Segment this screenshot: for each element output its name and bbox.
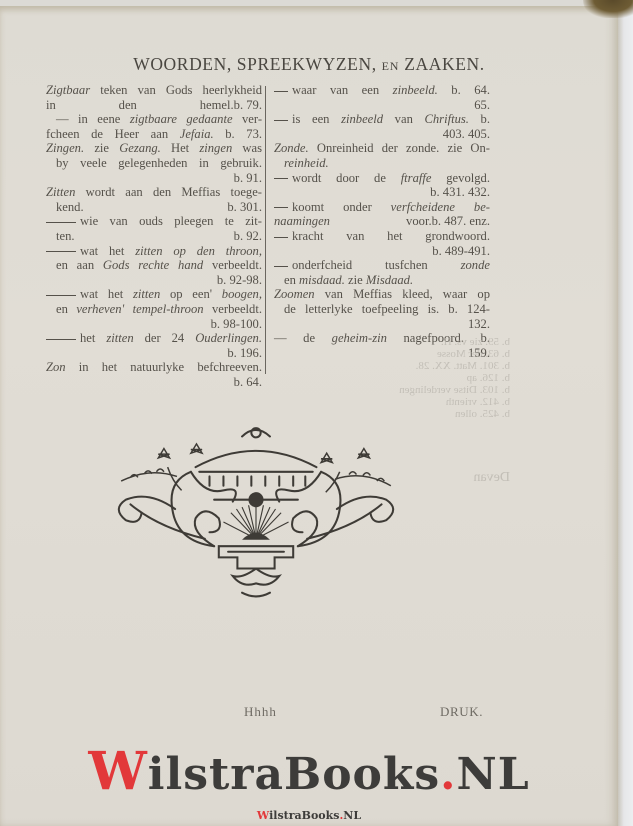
index-line: wie van ouds pleegen te zit- xyxy=(46,214,262,229)
text-segment: ten. xyxy=(56,229,75,243)
text-segment: wordt door de xyxy=(292,171,401,185)
watermark-logo: WilstraBooks.NL xyxy=(0,741,618,802)
index-entry: Zigtbaar teken van Gods heerlykheidin de… xyxy=(46,83,262,112)
index-line: in den hemel.b. 79. xyxy=(46,98,262,113)
index-line: Zigtbaar teken van Gods heerlykheid xyxy=(46,83,262,98)
index-entry: kracht van het grondwoord.b. 489-491. xyxy=(274,229,490,258)
text-segment: zie xyxy=(345,273,366,287)
running-head-part3: ZAAKEN. xyxy=(404,54,485,74)
ditto-dash xyxy=(274,207,288,208)
index-line: Zon in het natuurlyke befchreeven. xyxy=(46,360,262,375)
watermark-rest: ilstraBooks xyxy=(148,749,440,800)
italic-term: Misdaad. xyxy=(366,273,413,287)
watermark-small: WilstraBooks.NL xyxy=(0,809,618,822)
text-segment: is een xyxy=(292,112,341,126)
index-column-right: waar van een zinbeeld. b. 64.65.is een z… xyxy=(274,83,490,360)
text-segment: teken van Gods heerlykheid xyxy=(90,83,262,97)
text-segment: gevolgd. xyxy=(431,171,490,185)
italic-term: naamingen xyxy=(274,214,330,228)
text-segment: b. 92-98. xyxy=(217,273,262,287)
index-entry: wat het zitten op een' boogen,en verheve… xyxy=(46,287,262,331)
bleed-through-line: b. 126. ap xyxy=(330,372,510,384)
text-segment: waar van een xyxy=(292,83,393,97)
text-segment: van xyxy=(383,112,424,126)
index-entry: wie van ouds pleegen te zit-ten.b. 92. xyxy=(46,214,262,243)
text-segment: onderfcheid tusfchen xyxy=(292,258,461,272)
italic-term: Zoomen xyxy=(274,287,315,301)
index-line: waar van een zinbeeld. b. 64. xyxy=(274,83,490,98)
book-page: WOORDEN, SPREEKWYZEN, EN ZAAKEN. Zigtbaa… xyxy=(0,6,618,826)
index-entry: koomt onder verfcheidene be-naamingen vo… xyxy=(274,200,490,229)
text-segment: zie xyxy=(84,141,119,155)
index-line: onderfcheid tusfchen zonde xyxy=(274,258,490,273)
index-line: het zitten der 24 Ouderlingen. xyxy=(46,331,262,346)
italic-term: zonde xyxy=(461,258,490,272)
text-segment: b. 64. xyxy=(438,83,490,97)
watermark-initial: W xyxy=(88,741,147,802)
index-line: 132. xyxy=(274,317,490,332)
italic-term: reinheid. xyxy=(284,156,329,170)
index-line: 403. 405. xyxy=(274,127,490,142)
italic-term: zingen xyxy=(199,141,232,155)
bleed-through-line: b. 412. vrienth xyxy=(330,396,510,408)
ditto-dash xyxy=(274,237,288,238)
text-segment: der 24 xyxy=(134,331,196,345)
index-line: wat het zitten op een' boogen, xyxy=(46,287,262,302)
index-line: kend.b. 301. xyxy=(46,200,262,215)
index-entry: onderfcheid tusfchen zondeen misdaad. zi… xyxy=(274,258,490,287)
index-line: Zitten wordt aan den Meffias toege- xyxy=(46,185,262,200)
index-entry: Zitten wordt aan den Meffias toege-kend.… xyxy=(46,185,262,214)
index-line: en aan Gods rechte hand verbeeldt. xyxy=(46,258,262,273)
index-line: en misdaad. zie Misdaad. xyxy=(274,273,490,288)
running-head-part1: WOORDEN, SPREEKWYZEN, xyxy=(133,54,376,74)
ditto-dash xyxy=(274,178,288,179)
text-segment: b. 64. xyxy=(234,375,262,389)
running-head: WOORDEN, SPREEKWYZEN, EN ZAAKEN. xyxy=(0,54,618,75)
bleed-through-line: b. 301. Matt. XX. 28. xyxy=(330,360,510,372)
italic-term: zitten xyxy=(106,331,133,345)
italic-term: zinbeeld. xyxy=(393,83,438,97)
text-segment: het xyxy=(80,331,106,345)
index-line: Zonde. Onreinheid der zonde. zie On- xyxy=(274,141,490,156)
text-segment: 65. xyxy=(474,98,490,112)
text-segment: wat het xyxy=(80,287,133,301)
ditto-dash xyxy=(46,339,76,340)
text-segment: b. 73. xyxy=(214,127,262,141)
index-entry: Zingen. zie Gezang. Het zingen wasby vee… xyxy=(46,141,262,185)
italic-term: verfcheidene be- xyxy=(391,200,490,214)
index-line: Zingen. zie Gezang. Het zingen was xyxy=(46,141,262,156)
index-entry: is een zinbeeld van Chriftus. b.403. 405… xyxy=(274,112,490,141)
index-line: en verheven' tempel-throon verbeeldt. xyxy=(46,302,262,317)
index-line: 65. xyxy=(274,98,490,113)
text-segment: kracht van het grondwoord. xyxy=(292,229,490,243)
italic-term: boogen, xyxy=(222,287,262,301)
text-segment: van Meffias kleed, waar op xyxy=(315,287,490,301)
italic-term: Zon xyxy=(46,360,66,374)
column-divider xyxy=(265,86,266,374)
italic-term: verheven' xyxy=(76,302,124,316)
text-segment: b. 92. xyxy=(234,229,262,244)
index-entry: Zoomen van Meffias kleed, waar opde lett… xyxy=(274,287,490,331)
watermark-tld: NL xyxy=(456,749,529,800)
italic-term: zigtbaare gedaante xyxy=(130,112,233,126)
text-segment: b. 487. enz. xyxy=(432,214,490,229)
page-right-edge xyxy=(618,0,633,826)
catchword: DRUK. xyxy=(440,704,483,720)
text-segment: b. 79. xyxy=(234,98,262,113)
index-line: wat het zitten op den throon, xyxy=(46,244,262,259)
watermark-small-rest: ilstraBooks xyxy=(269,809,339,822)
watermark-small-initial: W xyxy=(257,809,269,822)
text-segment: b. 301. xyxy=(227,200,262,215)
printers-ornament-vignette xyxy=(100,416,412,602)
index-entry: wat het zitten op den throon,en aan Gods… xyxy=(46,244,262,288)
index-line: reinheid. xyxy=(274,156,490,171)
text-segment: — in eene xyxy=(56,112,130,126)
italic-term: tempel-throon xyxy=(133,302,204,316)
italic-term: misdaad. xyxy=(299,273,345,287)
text-segment: b. 98-100. xyxy=(211,317,262,331)
italic-term: Zonde. xyxy=(274,141,309,155)
text-segment: kend. xyxy=(56,200,84,214)
index-entry: — in eene zigtbaare gedaante ver-fcheen … xyxy=(46,112,262,141)
index-line: naamingen voor.b. 487. enz. xyxy=(274,214,490,229)
text-segment: en xyxy=(56,302,76,316)
text-segment: by veele gelegenheden in gebruik. xyxy=(56,156,262,170)
watermark-small-tld: NL xyxy=(343,809,361,822)
index-line: by veele gelegenheden in gebruik. xyxy=(46,156,262,171)
italic-term: Ouderlingen. xyxy=(195,331,262,345)
index-entry: Zonde. Onreinheid der zonde. zie On-rein… xyxy=(274,141,490,170)
index-line: fcheen de Heer aan Jefaia. b. 73. xyxy=(46,127,262,142)
index-line: Zoomen van Meffias kleed, waar op xyxy=(274,287,490,302)
index-line: b. 64. xyxy=(46,375,262,390)
bleed-through-line: b. 103. Ditse verdelingen xyxy=(330,384,510,396)
text-segment: in den hemel. xyxy=(46,98,234,112)
italic-term: Gezang. xyxy=(119,141,161,155)
text-segment: verbeeldt. xyxy=(204,302,262,316)
text-segment: op een' xyxy=(160,287,221,301)
text-segment: en xyxy=(284,273,299,287)
index-line: b. 91. xyxy=(46,171,262,186)
text-segment: 132. xyxy=(468,317,490,331)
index-line: b. 431. 432. xyxy=(274,185,490,200)
index-entry: het zitten der 24 Ouderlingen.b. 196. xyxy=(46,331,262,360)
italic-term: Chriftus. xyxy=(424,112,468,126)
italic-term: Zingen. xyxy=(46,141,84,155)
text-segment: b. 431. 432. xyxy=(430,185,490,199)
text-segment: Het xyxy=(161,141,200,155)
text-segment: wie van ouds pleegen te zit- xyxy=(80,214,262,228)
text-segment: Onreinheid der zonde. zie On- xyxy=(309,141,490,155)
italic-term: zitten op den throon, xyxy=(135,244,262,258)
italic-term: Jefaia. xyxy=(180,127,214,141)
index-entry: waar van een zinbeeld. b. 64.65. xyxy=(274,83,490,112)
text-segment: — de xyxy=(274,331,332,345)
text-segment: in het natuurlyke befchreeven. xyxy=(66,360,262,374)
italic-term: zitten xyxy=(133,287,160,301)
signature-mark: Hhhh xyxy=(244,704,277,720)
index-line: b. 98-100. xyxy=(46,317,262,332)
ditto-dash xyxy=(274,120,288,121)
index-line: de letterlyke toefpeeling is. b. 124- xyxy=(274,302,490,317)
ditto-dash xyxy=(46,251,76,252)
index-line: is een zinbeeld van Chriftus. b. xyxy=(274,112,490,127)
text-segment: wat het xyxy=(80,244,135,258)
index-line: wordt door de ftraffe gevolgd. xyxy=(274,171,490,186)
italic-term: Gods rechte hand xyxy=(103,258,203,272)
italic-term: Zigtbaar xyxy=(46,83,90,97)
index-line: ten.b. 92. xyxy=(46,229,262,244)
index-line: b. 489-491. xyxy=(274,244,490,259)
text-segment: de letterlyke toefpeeling is. b. 124- xyxy=(284,302,490,316)
index-line: b. 196. xyxy=(46,346,262,361)
text-segment: b. 91. xyxy=(234,171,262,185)
text-segment: b. 489-491. xyxy=(432,244,490,258)
text-segment: fcheen de Heer aan xyxy=(46,127,180,141)
italic-term: Zitten xyxy=(46,185,75,199)
text-segment: 403. 405. xyxy=(443,127,490,141)
index-line: — in eene zigtbaare gedaante ver- xyxy=(46,112,262,127)
index-entry: wordt door de ftraffe gevolgd.b. 431. 43… xyxy=(274,171,490,200)
watermark-dot: . xyxy=(440,749,456,800)
text-segment: was xyxy=(232,141,262,155)
index-line: kracht van het grondwoord. xyxy=(274,229,490,244)
running-head-en: EN xyxy=(382,59,400,73)
text-segment: b. 196. xyxy=(227,346,262,360)
text-segment: koomt onder xyxy=(292,200,391,214)
text-segment xyxy=(124,302,132,316)
text-segment: voor. xyxy=(330,214,432,228)
bleed-through-line: b. 63. der Mosse xyxy=(330,348,510,360)
bleed-through-line: b. 59. zie vs. H. xyxy=(330,336,510,348)
text-segment: wordt aan den Meffias toege- xyxy=(75,185,262,199)
text-segment: ver- xyxy=(233,112,262,126)
ditto-dash xyxy=(274,91,288,92)
ditto-dash xyxy=(46,222,76,223)
index-entry: Zon in het natuurlyke befchreeven.b. 64. xyxy=(46,360,262,389)
ditto-dash xyxy=(46,295,76,296)
ditto-dash xyxy=(274,266,288,267)
index-column-left: Zigtbaar teken van Gods heerlykheidin de… xyxy=(46,83,262,389)
text-segment: en aan xyxy=(56,258,103,272)
italic-term: ftraffe xyxy=(401,171,432,185)
index-line: koomt onder verfcheidene be- xyxy=(274,200,490,215)
index-line: b. 92-98. xyxy=(46,273,262,288)
italic-term: zinbeeld xyxy=(341,112,383,126)
text-segment: b. xyxy=(469,112,490,126)
text-segment: verbeeldt. xyxy=(203,258,262,272)
